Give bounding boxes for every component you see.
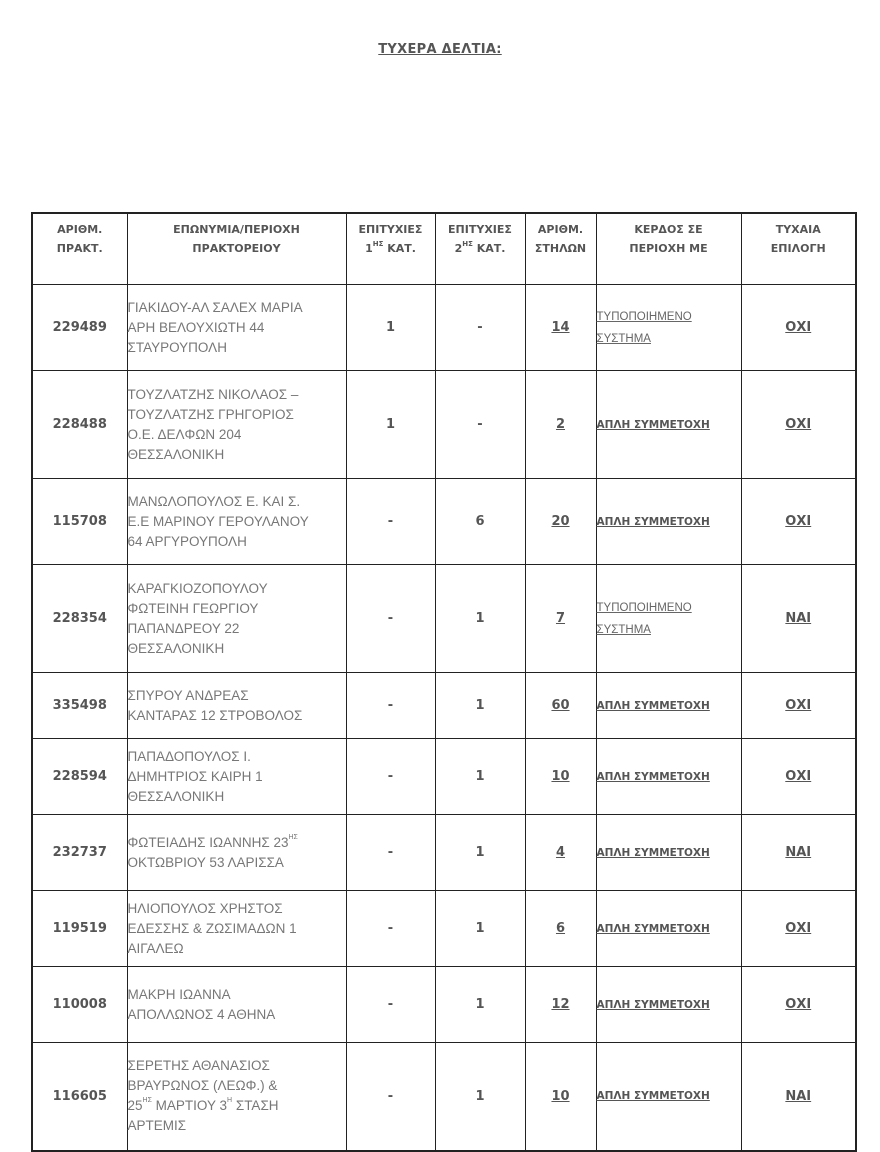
gain-area-link[interactable]: ΑΠΛΗ ΣΥΜΜΕΤΟΧΗ: [597, 516, 710, 528]
random-choice[interactable]: ΟΧΙ: [741, 285, 856, 371]
columns-count-link[interactable]: 10: [551, 1089, 569, 1104]
name-line: ΘΕΣΣΑΛΟΝΙΚΗ: [128, 789, 225, 804]
lucky-tickets-table: ΑΡΙΘΜ.ΠΡΑΚΤ. ΕΠΩΝΥΜΙΑ/ΠΕΡΙΟΧΗΠΡΑΚΤΟΡΕΙΟΥ…: [31, 212, 857, 1152]
gain-area-link[interactable]: ΤΥΠΟΠΟΙΗΜΕΝΟ ΣΥΣΤΗΜΑ: [597, 311, 692, 345]
agency-name-area: ΗΛΙΟΠΟΥΛΟΣ ΧΡΗΣΤΟΣΕΔΕΣΣΗΣ & ΖΩΣΙΜΑΔΩΝ 1Α…: [127, 891, 346, 967]
gain-area[interactable]: ΑΠΛΗ ΣΥΜΜΕΤΟΧΗ: [596, 371, 741, 479]
header-agency-name: ΕΠΩΝΥΜΙΑ/ΠΕΡΙΟΧΗΠΡΑΚΤΟΡΕΙΟΥ: [127, 213, 346, 285]
random-choice-link[interactable]: ΟΧΙ: [785, 514, 811, 529]
wins-cat2: 1: [435, 565, 525, 673]
agency-number: 119519: [32, 891, 127, 967]
gain-area[interactable]: ΑΠΛΗ ΣΥΜΜΕΤΟΧΗ: [596, 673, 741, 739]
gain-area-link[interactable]: ΑΠΛΗ ΣΥΜΜΕΤΟΧΗ: [597, 771, 710, 783]
table-row: 232737ΦΩΤΕΙΑΔΗΣ ΙΩΑΝΝΗΣ 23ΗΣΟΚΤΩΒΡΙΟΥ 53…: [32, 815, 856, 891]
agency-number: 232737: [32, 815, 127, 891]
agency-number: 110008: [32, 967, 127, 1043]
gain-area-link[interactable]: ΑΠΛΗ ΣΥΜΜΕΤΟΧΗ: [597, 700, 710, 712]
random-choice-link[interactable]: ΝΑΙ: [785, 611, 811, 626]
columns-count[interactable]: 10: [525, 739, 596, 815]
header-random-choice: ΤΥΧΑΙΑΕΠΙΛΟΓΗ: [741, 213, 856, 285]
table-row: 110008ΜΑΚΡΗ ΙΩΑΝΝΑΑΠΟΛΛΩΝΟΣ 4 ΑΘΗΝΑ-112Α…: [32, 967, 856, 1043]
columns-count[interactable]: 2: [525, 371, 596, 479]
columns-count[interactable]: 10: [525, 1043, 596, 1151]
table-row: 229489ΓΙΑΚΙΔΟΥ-ΑΛ ΣΑΛΕΧ ΜΑΡΙΑΑΡΗ ΒΕΛΟΥΧΙ…: [32, 285, 856, 371]
wins-cat2: -: [435, 285, 525, 371]
gain-area[interactable]: ΑΠΛΗ ΣΥΜΜΕΤΟΧΗ: [596, 739, 741, 815]
wins-cat1: -: [346, 815, 435, 891]
random-choice[interactable]: ΟΧΙ: [741, 479, 856, 565]
wins-cat1: -: [346, 673, 435, 739]
wins-cat1: -: [346, 1043, 435, 1151]
name-line: ΤΟΥΖΛΑΤΖΗΣ ΓΡΗΓΟΡΙΟΣ: [128, 407, 294, 422]
wins-cat1: -: [346, 479, 435, 565]
gain-area[interactable]: ΤΥΠΟΠΟΙΗΜΕΝΟ ΣΥΣΤΗΜΑ: [596, 565, 741, 673]
header-wins-cat1: ΕΠΙΤΥΧΙΕΣ1ΗΣ ΚΑΤ.: [346, 213, 435, 285]
wins-cat2: -: [435, 371, 525, 479]
gain-area-link[interactable]: ΑΠΛΗ ΣΥΜΜΕΤΟΧΗ: [597, 923, 710, 935]
wins-cat1: 1: [346, 285, 435, 371]
agency-number: 228354: [32, 565, 127, 673]
random-choice-link[interactable]: ΟΧΙ: [785, 698, 811, 713]
name-line: ΣΠΥΡΟΥ ΑΝΔΡΕΑΣ: [128, 688, 249, 703]
random-choice-link[interactable]: ΝΑΙ: [785, 845, 811, 860]
name-line: ΘΕΣΣΑΛΟΝΙΚΗ: [128, 641, 225, 656]
columns-count[interactable]: 6: [525, 891, 596, 967]
columns-count-link[interactable]: 20: [551, 514, 569, 529]
random-choice[interactable]: ΝΑΙ: [741, 1043, 856, 1151]
random-choice-link[interactable]: ΟΧΙ: [785, 921, 811, 936]
columns-count[interactable]: 7: [525, 565, 596, 673]
table-row: 228594ΠΑΠΑΔΟΠΟΥΛΟΣ Ι.ΔΗΜΗΤΡΙΟΣ ΚΑΙΡΗ 1ΘΕ…: [32, 739, 856, 815]
gain-area-link[interactable]: ΑΠΛΗ ΣΥΜΜΕΤΟΧΗ: [597, 419, 710, 431]
columns-count[interactable]: 14: [525, 285, 596, 371]
columns-count-link[interactable]: 2: [556, 417, 565, 432]
gain-area-link[interactable]: ΑΠΛΗ ΣΥΜΜΕΤΟΧΗ: [597, 847, 710, 859]
wins-cat2: 1: [435, 1043, 525, 1151]
name-line: Ε.Ε ΜΑΡΙΝΟΥ ΓΕΡΟΥΛΑΝΟΥ: [128, 514, 309, 529]
agency-number: 335498: [32, 673, 127, 739]
name-line: ΑΙΓΑΛΕΩ: [128, 941, 184, 956]
name-line: 64 ΑΡΓΥΡΟΥΠΟΛΗ: [128, 534, 247, 549]
gain-area-link[interactable]: ΑΠΛΗ ΣΥΜΜΕΤΟΧΗ: [597, 1090, 710, 1102]
header-columns-count: ΑΡΙΘΜ.ΣΤΗΛΩΝ: [525, 213, 596, 285]
name-line: ΚΑΝΤΑΡΑΣ 12 ΣΤΡΟΒΟΛΟΣ: [128, 708, 303, 723]
name-line: ΑΡΤΕΜΙΣ: [128, 1118, 187, 1133]
name-line: ΗΛΙΟΠΟΥΛΟΣ ΧΡΗΣΤΟΣ: [128, 901, 283, 916]
gain-area[interactable]: ΑΠΛΗ ΣΥΜΜΕΤΟΧΗ: [596, 815, 741, 891]
wins-cat2: 1: [435, 673, 525, 739]
random-choice[interactable]: ΟΧΙ: [741, 967, 856, 1043]
columns-count-link[interactable]: 4: [556, 845, 565, 860]
agency-name-area: ΣΠΥΡΟΥ ΑΝΔΡΕΑΣΚΑΝΤΑΡΑΣ 12 ΣΤΡΟΒΟΛΟΣ: [127, 673, 346, 739]
wins-cat1: -: [346, 967, 435, 1043]
name-line: ΠΑΠΑΔΟΠΟΥΛΟΣ Ι.: [128, 749, 251, 764]
random-choice[interactable]: ΟΧΙ: [741, 739, 856, 815]
agency-name-area: ΜΑΝΩΛΟΠΟΥΛΟΣ Ε. ΚΑΙ Σ.Ε.Ε ΜΑΡΙΝΟΥ ΓΕΡΟΥΛ…: [127, 479, 346, 565]
name-line: Ο.Ε. ΔΕΛΦΩΝ 204: [128, 427, 242, 442]
agency-name-area: ΚΑΡΑΓΚΙΟΖΟΠΟΥΛΟΥΦΩΤΕΙΝΗ ΓΕΩΡΓΙΟΥΠΑΠΑΝΔΡΕ…: [127, 565, 346, 673]
gain-area-link[interactable]: ΤΥΠΟΠΟΙΗΜΕΝΟ ΣΥΣΤΗΜΑ: [597, 602, 692, 636]
random-choice[interactable]: ΝΑΙ: [741, 565, 856, 673]
name-line: ΓΙΑΚΙΔΟΥ-ΑΛ ΣΑΛΕΧ ΜΑΡΙΑ: [128, 300, 303, 315]
wins-cat2: 1: [435, 891, 525, 967]
name-line: ΜΑΚΡΗ ΙΩΑΝΝΑ: [128, 987, 231, 1002]
columns-count-link[interactable]: 60: [551, 698, 569, 713]
table-row: 228354ΚΑΡΑΓΚΙΟΖΟΠΟΥΛΟΥΦΩΤΕΙΝΗ ΓΕΩΡΓΙΟΥΠΑ…: [32, 565, 856, 673]
header-agency-number: ΑΡΙΘΜ.ΠΡΑΚΤ.: [32, 213, 127, 285]
gain-area[interactable]: ΑΠΛΗ ΣΥΜΜΕΤΟΧΗ: [596, 967, 741, 1043]
columns-count-link[interactable]: 7: [556, 611, 565, 626]
agency-name-area: ΓΙΑΚΙΔΟΥ-ΑΛ ΣΑΛΕΧ ΜΑΡΙΑΑΡΗ ΒΕΛΟΥΧΙΩΤΗ 44…: [127, 285, 346, 371]
wins-cat1: 1: [346, 371, 435, 479]
columns-count-link[interactable]: 14: [551, 320, 569, 335]
columns-count[interactable]: 20: [525, 479, 596, 565]
table-row: 119519ΗΛΙΟΠΟΥΛΟΣ ΧΡΗΣΤΟΣΕΔΕΣΣΗΣ & ΖΩΣΙΜΑ…: [32, 891, 856, 967]
table-row: 228488ΤΟΥΖΛΑΤΖΗΣ ΝΙΚΟΛΑΟΣ –ΤΟΥΖΛΑΤΖΗΣ ΓΡ…: [32, 371, 856, 479]
name-line: ΕΔΕΣΣΗΣ & ΖΩΣΙΜΑΔΩΝ 1: [128, 921, 297, 936]
table-row: 116605ΣΕΡΕΤΗΣ ΑΘΑΝΑΣΙΟΣΒΡΑΥΡΩΝΟΣ (ΛΕΩΦ.)…: [32, 1043, 856, 1151]
name-line: ΦΩΤΕΙΝΗ ΓΕΩΡΓΙΟΥ: [128, 601, 259, 616]
name-line: 25ΗΣ ΜΑΡΤΙΟΥ 3Η ΣΤΑΣΗ: [128, 1098, 279, 1113]
name-line: ΑΡΗ ΒΕΛΟΥΧΙΩΤΗ 44: [128, 320, 265, 335]
columns-count-link[interactable]: 12: [551, 997, 569, 1012]
name-line: ΦΩΤΕΙΑΔΗΣ ΙΩΑΝΝΗΣ 23ΗΣ: [128, 835, 298, 850]
agency-name-area: ΜΑΚΡΗ ΙΩΑΝΝΑΑΠΟΛΛΩΝΟΣ 4 ΑΘΗΝΑ: [127, 967, 346, 1043]
columns-count-link[interactable]: 6: [556, 921, 565, 936]
wins-cat1: -: [346, 891, 435, 967]
random-choice-link[interactable]: ΟΧΙ: [785, 997, 811, 1012]
wins-cat1: -: [346, 739, 435, 815]
gain-area[interactable]: ΤΥΠΟΠΟΙΗΜΕΝΟ ΣΥΣΤΗΜΑ: [596, 285, 741, 371]
random-choice-link[interactable]: ΟΧΙ: [785, 417, 811, 432]
agency-number: 229489: [32, 285, 127, 371]
agency-name-area: ΠΑΠΑΔΟΠΟΥΛΟΣ Ι.ΔΗΜΗΤΡΙΟΣ ΚΑΙΡΗ 1ΘΕΣΣΑΛΟΝ…: [127, 739, 346, 815]
columns-count[interactable]: 12: [525, 967, 596, 1043]
wins-cat2: 6: [435, 479, 525, 565]
name-line: ΒΡΑΥΡΩΝΟΣ (ΛΕΩΦ.) &: [128, 1078, 278, 1093]
gain-area-link[interactable]: ΑΠΛΗ ΣΥΜΜΕΤΟΧΗ: [597, 999, 710, 1011]
name-line: ΣΤΑΥΡΟΥΠΟΛΗ: [128, 340, 227, 355]
name-line: ΜΑΝΩΛΟΠΟΥΛΟΣ Ε. ΚΑΙ Σ.: [128, 494, 301, 509]
agency-name-area: ΤΟΥΖΛΑΤΖΗΣ ΝΙΚΟΛΑΟΣ –ΤΟΥΖΛΑΤΖΗΣ ΓΡΗΓΟΡΙΟ…: [127, 371, 346, 479]
name-line: ΟΚΤΩΒΡΙΟΥ 53 ΛΑΡΙΣΣΑ: [128, 855, 284, 870]
random-choice[interactable]: ΟΧΙ: [741, 371, 856, 479]
random-choice-link[interactable]: ΝΑΙ: [785, 1089, 811, 1104]
agency-number: 116605: [32, 1043, 127, 1151]
name-line: ΔΗΜΗΤΡΙΟΣ ΚΑΙΡΗ 1: [128, 769, 263, 784]
wins-cat2: 1: [435, 815, 525, 891]
name-line: ΑΠΟΛΛΩΝΟΣ 4 ΑΘΗΝΑ: [128, 1007, 276, 1022]
header-gain-area: ΚΕΡΔΟΣ ΣΕΠΕΡΙΟΧΗ ΜΕ: [596, 213, 741, 285]
name-line: ΤΟΥΖΛΑΤΖΗΣ ΝΙΚΟΛΑΟΣ –: [128, 387, 299, 402]
random-choice-link[interactable]: ΟΧΙ: [785, 769, 811, 784]
wins-cat2: 1: [435, 739, 525, 815]
agency-number: 228488: [32, 371, 127, 479]
agency-number: 115708: [32, 479, 127, 565]
random-choice[interactable]: ΝΑΙ: [741, 815, 856, 891]
table-header-row: ΑΡΙΘΜ.ΠΡΑΚΤ. ΕΠΩΝΥΜΙΑ/ΠΕΡΙΟΧΗΠΡΑΚΤΟΡΕΙΟΥ…: [32, 213, 856, 285]
gain-area[interactable]: ΑΠΛΗ ΣΥΜΜΕΤΟΧΗ: [596, 479, 741, 565]
agency-name-area: ΦΩΤΕΙΑΔΗΣ ΙΩΑΝΝΗΣ 23ΗΣΟΚΤΩΒΡΙΟΥ 53 ΛΑΡΙΣ…: [127, 815, 346, 891]
agency-name-area: ΣΕΡΕΤΗΣ ΑΘΑΝΑΣΙΟΣΒΡΑΥΡΩΝΟΣ (ΛΕΩΦ.) &25ΗΣ…: [127, 1043, 346, 1151]
gain-area[interactable]: ΑΠΛΗ ΣΥΜΜΕΤΟΧΗ: [596, 1043, 741, 1151]
random-choice[interactable]: ΟΧΙ: [741, 673, 856, 739]
agency-number: 228594: [32, 739, 127, 815]
random-choice[interactable]: ΟΧΙ: [741, 891, 856, 967]
table-row: 335498ΣΠΥΡΟΥ ΑΝΔΡΕΑΣΚΑΝΤΑΡΑΣ 12 ΣΤΡΟΒΟΛΟ…: [32, 673, 856, 739]
table-row: 115708ΜΑΝΩΛΟΠΟΥΛΟΣ Ε. ΚΑΙ Σ.Ε.Ε ΜΑΡΙΝΟΥ …: [32, 479, 856, 565]
name-line: ΠΑΠΑΝΔΡΕΟΥ 22: [128, 621, 240, 636]
header-wins-cat2: ΕΠΙΤΥΧΙΕΣ2ΗΣ ΚΑΤ.: [435, 213, 525, 285]
random-choice-link[interactable]: ΟΧΙ: [785, 320, 811, 335]
columns-count-link[interactable]: 10: [551, 769, 569, 784]
name-line: ΣΕΡΕΤΗΣ ΑΘΑΝΑΣΙΟΣ: [128, 1058, 270, 1073]
name-line: ΘΕΣΣΑΛΟΝΙΚΗ: [128, 447, 225, 462]
gain-area[interactable]: ΑΠΛΗ ΣΥΜΜΕΤΟΧΗ: [596, 891, 741, 967]
columns-count[interactable]: 4: [525, 815, 596, 891]
wins-cat2: 1: [435, 967, 525, 1043]
name-line: ΚΑΡΑΓΚΙΟΖΟΠΟΥΛΟΥ: [128, 581, 268, 596]
page-title: ΤΥΧΕΡΑ ΔΕΛΤΙΑ:: [0, 42, 880, 57]
wins-cat1: -: [346, 565, 435, 673]
columns-count[interactable]: 60: [525, 673, 596, 739]
